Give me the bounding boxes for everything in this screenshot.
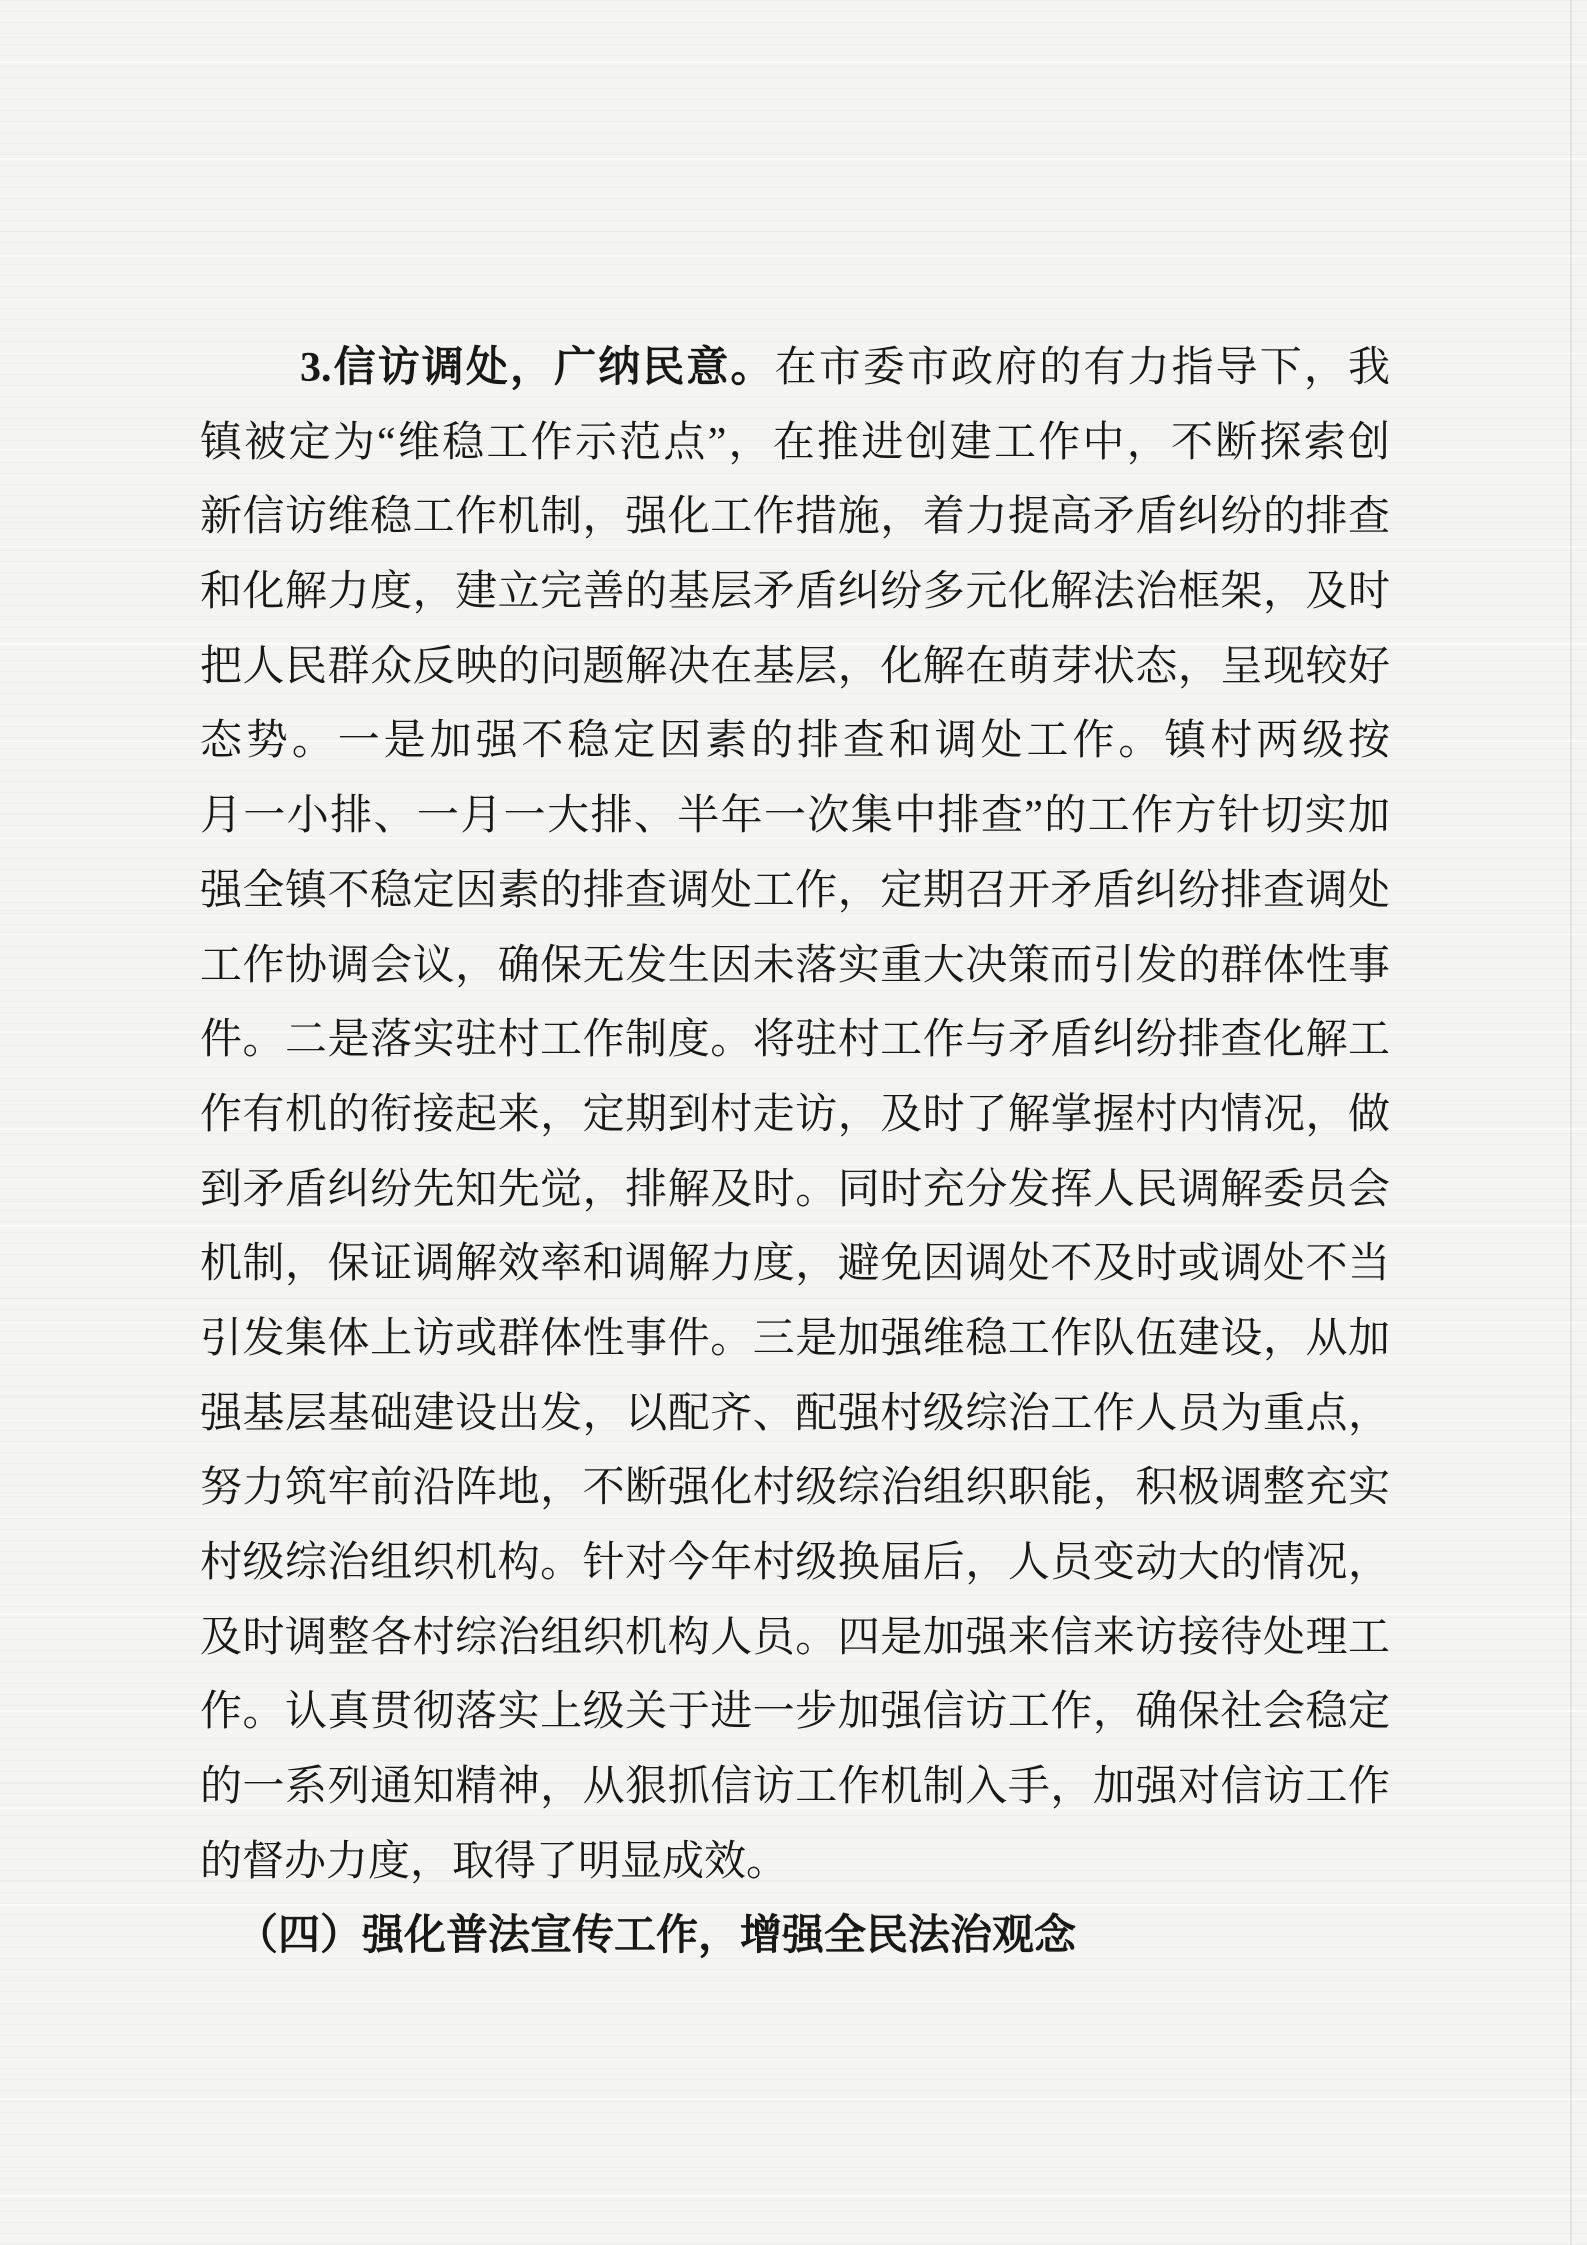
paragraph-3-first-line-rest: 在市委市政府的有力指导下，我 bbox=[775, 345, 1390, 391]
text-line: 强全镇不稳定因素的排查调处工作，定期召开矛盾纠纷排查调处 bbox=[200, 854, 1390, 929]
text-line: 到矛盾纠纷先知先觉，排解及时。同时充分发挥人民调解委员会 bbox=[200, 1153, 1390, 1228]
text-line: 新信访维稳工作机制，强化工作措施，着力提高矛盾纠纷的排查 bbox=[200, 480, 1390, 555]
text-line: 件。二是落实驻村工作制度。将驻村工作与矛盾纠纷排查化解工 bbox=[200, 1003, 1390, 1078]
text-line: 工作协调会议，确保无发生因未落实重大决策而引发的群体性事 bbox=[200, 929, 1390, 1004]
paragraph-3-first-line: 3.信访调处，广纳民意。在市委市政府的有力指导下，我 bbox=[200, 331, 1390, 406]
text-line: 作。认真贯彻落实上级关于进一步加强信访工作，确保社会稳定 bbox=[200, 1675, 1390, 1750]
paragraph-3-lead: 3.信访调处，广纳民意。 bbox=[300, 345, 775, 391]
text-line: 机制，保证调解效率和调解力度，避免因调处不及时或调处不当 bbox=[200, 1227, 1390, 1302]
document-body: 3.信访调处，广纳民意。在市委市政府的有力指导下，我 镇被定为“维稳工作示范点”… bbox=[200, 331, 1390, 1974]
text-line: 作有机的衔接起来，定期到村走访，及时了解掌握村内情况，做 bbox=[200, 1078, 1390, 1153]
text-line: 态势。一是加强不稳定因素的排查和调处工作。镇村两级按照“半 bbox=[200, 704, 1390, 779]
text-line: 月一小排、一月一大排、半年一次集中排查”的工作方针切实加 bbox=[200, 779, 1390, 854]
text-line: 强基层基础建设出发，以配齐、配强村级综治工作人员为重点， bbox=[200, 1377, 1390, 1452]
text-line: 的督办力度，取得了明显成效。 bbox=[200, 1825, 1390, 1900]
text-line: 引发集体上访或群体性事件。三是加强维稳工作队伍建设，从加 bbox=[200, 1302, 1390, 1377]
text-line: 及时调整各村综治组织机构人员。四是加强来信来访接待处理工 bbox=[200, 1601, 1390, 1676]
text-line: 村级综治组织机构。针对今年村级换届后，人员变动大的情况， bbox=[200, 1526, 1390, 1601]
scanned-document-page: 3.信访调处，广纳民意。在市委市政府的有力指导下，我 镇被定为“维稳工作示范点”… bbox=[0, 0, 1587, 2245]
text-line: 镇被定为“维稳工作示范点”，在推进创建工作中，不断探索创 bbox=[200, 406, 1390, 481]
text-line: 和化解力度，建立完善的基层矛盾纠纷多元化解法治框架，及时 bbox=[200, 555, 1390, 630]
text-line: 努力筑牢前沿阵地，不断强化村级综治组织职能，积极调整充实 bbox=[200, 1451, 1390, 1526]
text-line: 把人民群众反映的问题解决在基层，化解在萌芽状态，呈现较好 bbox=[200, 630, 1390, 705]
section-heading: （四）强化普法宣传工作，增强全民法治观念 bbox=[200, 1899, 1390, 1974]
scan-edge-line bbox=[1570, 0, 1572, 2245]
text-line: 的一系列通知精神，从狠抓信访工作机制入手，加强对信访工作 bbox=[200, 1750, 1390, 1825]
